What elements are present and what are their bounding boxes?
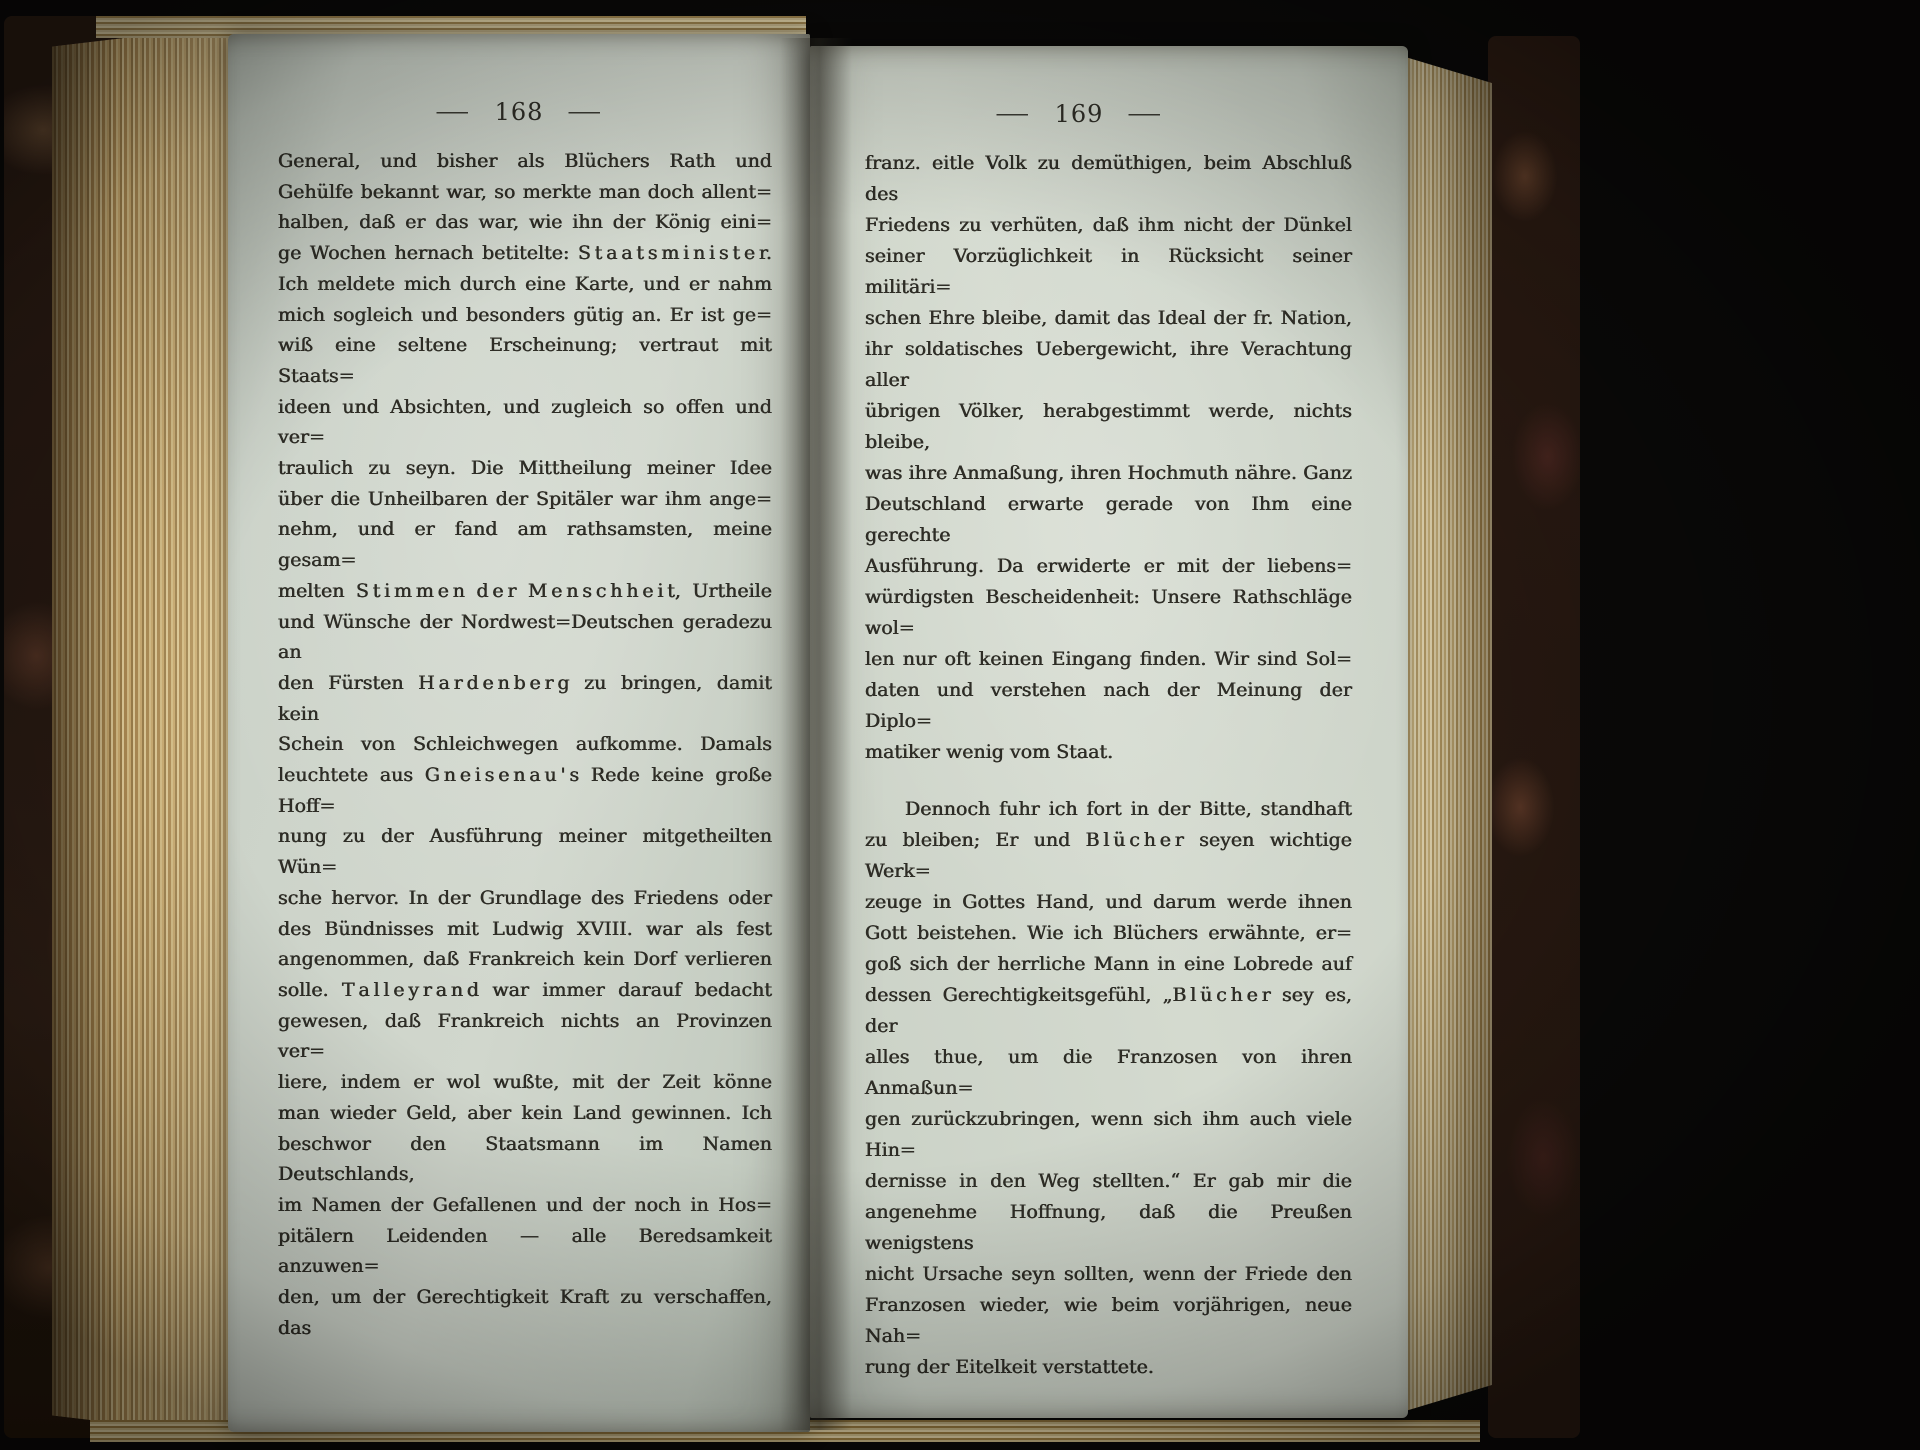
text-line: Ich meldete mich durch eine Karte, und e… (278, 269, 772, 300)
text-line: gen zurückzubringen, wenn sich ihm auch … (865, 1104, 1352, 1166)
text-line: Gehülfe bekannt war, so merkte man doch … (278, 177, 772, 208)
paragraph-2-body: zu bleiben; Er und B l ü c h e r seyen w… (865, 825, 1352, 1352)
text-line: zu bleiben; Er und B l ü c h e r seyen w… (865, 825, 1352, 887)
text-line: Franzosen wieder, wie beim vorjährigen, … (865, 1290, 1352, 1352)
text-line: man wieder Geld, aber kein Land gewinnen… (278, 1098, 772, 1129)
text-line: ihr soldatisches Uebergewicht, ihre Vera… (865, 334, 1352, 396)
text-line: matiker wenig vom Staat. (865, 737, 1352, 768)
text-line: den Fürsten H a r d e n b e r g zu bring… (278, 668, 772, 729)
page-168-header: — 168 — (228, 98, 810, 126)
page-169-header: — 169 — (810, 100, 1348, 128)
text-line: über die Unheilbaren der Spitäler war ih… (278, 484, 772, 515)
text-line: dernisse in den Weg stellten.“ Er gab mi… (865, 1166, 1352, 1197)
text-line: dessen Gerechtigkeitsgefühl, „B l ü c h … (865, 980, 1352, 1042)
text-line: rung der Eitelkeit verstattete. (865, 1352, 1352, 1383)
text-line: Gott beistehen. Wie ich Blüchers erwähnt… (865, 918, 1352, 949)
text-line: schen Ehre bleibe, damit das Ideal der f… (865, 303, 1352, 334)
text-line: alles thue, um die Franzosen von ihren A… (865, 1042, 1352, 1104)
page-block-fore-edge-right (1402, 56, 1492, 1412)
text-line: pitälern Leidenden — alle Beredsamkeit a… (278, 1221, 772, 1282)
page-168: — 168 — General, und bisher als Blüchers… (228, 34, 810, 1432)
text-line: melten S t i m m e n d e r M e n s c h h… (278, 576, 772, 607)
page-168-text-block: General, und bisher als Blüchers Rath un… (278, 146, 772, 1343)
text-line: gewesen, daß Frankreich nichts an Provin… (278, 1006, 772, 1067)
text-line: den, um der Gerechtigkeit Kraft zu versc… (278, 1282, 772, 1343)
text-line: len nur oft keinen Eingang finden. Wir s… (865, 644, 1352, 675)
text-line: nicht Ursache seyn sollten, wenn der Fri… (865, 1259, 1352, 1290)
text-line: halben, daß er das war, wie ihn der Köni… (278, 207, 772, 238)
text-line: Deutschland erwarte gerade von Ihm eine … (865, 489, 1352, 551)
text-line: goß sich der herrliche Mann in eine Lobr… (865, 949, 1352, 980)
text-line: General, und bisher als Blüchers Rath un… (278, 146, 772, 177)
header-rule-left: — (995, 101, 1031, 127)
page-number-169: 169 (1055, 100, 1104, 128)
text-line: daten und verstehen nach der Meinung der… (865, 675, 1352, 737)
text-line: zeuge in Gottes Hand, und darum werde ih… (865, 887, 1352, 918)
text-line: mich sogleich und besonders gütig an. Er… (278, 300, 772, 331)
text-line: liere, indem er wol wußte, mit der Zeit … (278, 1067, 772, 1098)
paragraph-1: franz. eitle Volk zu demüthigen, beim Ab… (865, 148, 1352, 737)
page-number-168: 168 (495, 98, 544, 126)
text-line: nung zu der Ausführung meiner mitgetheil… (278, 821, 772, 882)
text-line: sche hervor. In der Grundlage des Friede… (278, 883, 772, 914)
text-line: nehm, und er fand am rathsamsten, meine … (278, 514, 772, 575)
paragraph-2: Dennoch fuhr ich fort in der Bitte, stan… (865, 794, 1352, 1383)
text-line: was ihre Anmaßung, ihren Hochmuth nähre.… (865, 458, 1352, 489)
page-169-text-block: franz. eitle Volk zu demüthigen, beim Ab… (865, 148, 1352, 1383)
text-line: übrigen Völker, herabgestimmt werde, nic… (865, 396, 1352, 458)
text-line: ge Wochen hernach betitelte: S t a a t s… (278, 238, 772, 269)
text-line: des Bündnisses mit Ludwig XVIII. war als… (278, 914, 772, 945)
text-line: ideen und Absichten, und zugleich so off… (278, 392, 772, 453)
text-line: wiß eine seltene Erscheinung; vertraut m… (278, 330, 772, 391)
text-line: und Wünsche der Nordwest=Deutschen gerad… (278, 607, 772, 668)
photo-of-open-book: — 168 — General, und bisher als Blüchers… (0, 0, 1920, 1450)
page-169: — 169 — franz. eitle Volk zu demüthigen,… (810, 46, 1408, 1418)
text-line: Friedens zu verhüten, daß ihm nicht der … (865, 210, 1352, 241)
header-rule-right: — (567, 99, 603, 125)
text-line: beschwor den Staatsmann im Namen Deutsch… (278, 1129, 772, 1190)
text-line: solle. T a l l e y r a n d war immer dar… (278, 975, 772, 1006)
book-cover-right-marbled (1488, 36, 1580, 1438)
page-block-fore-edge-left (52, 24, 240, 1438)
text-line: angenehme Hoffnung, daß die Preußen weni… (865, 1197, 1352, 1259)
text-line: Dennoch fuhr ich fort in der Bitte, stan… (865, 794, 1352, 825)
text-line: Schein von Schleichwegen aufkomme. Damal… (278, 729, 772, 760)
text-line: seiner Vorzüglichkeit in Rücksicht seine… (865, 241, 1352, 303)
header-rule-right: — (1127, 101, 1163, 127)
text-line: würdigsten Bescheidenheit: Unsere Rathsc… (865, 582, 1352, 644)
text-line: angenommen, daß Frankreich kein Dorf ver… (278, 944, 772, 975)
text-line: traulich zu seyn. Die Mittheilung meiner… (278, 453, 772, 484)
text-line: Ausführung. Da erwiderte er mit der lieb… (865, 551, 1352, 582)
text-line: franz. eitle Volk zu demüthigen, beim Ab… (865, 148, 1352, 210)
text-line: im Namen der Gefallenen und der noch in … (278, 1190, 772, 1221)
text-line: leuchtete aus G n e i s e n a u ' s Rede… (278, 760, 772, 821)
header-rule-left: — (435, 99, 471, 125)
